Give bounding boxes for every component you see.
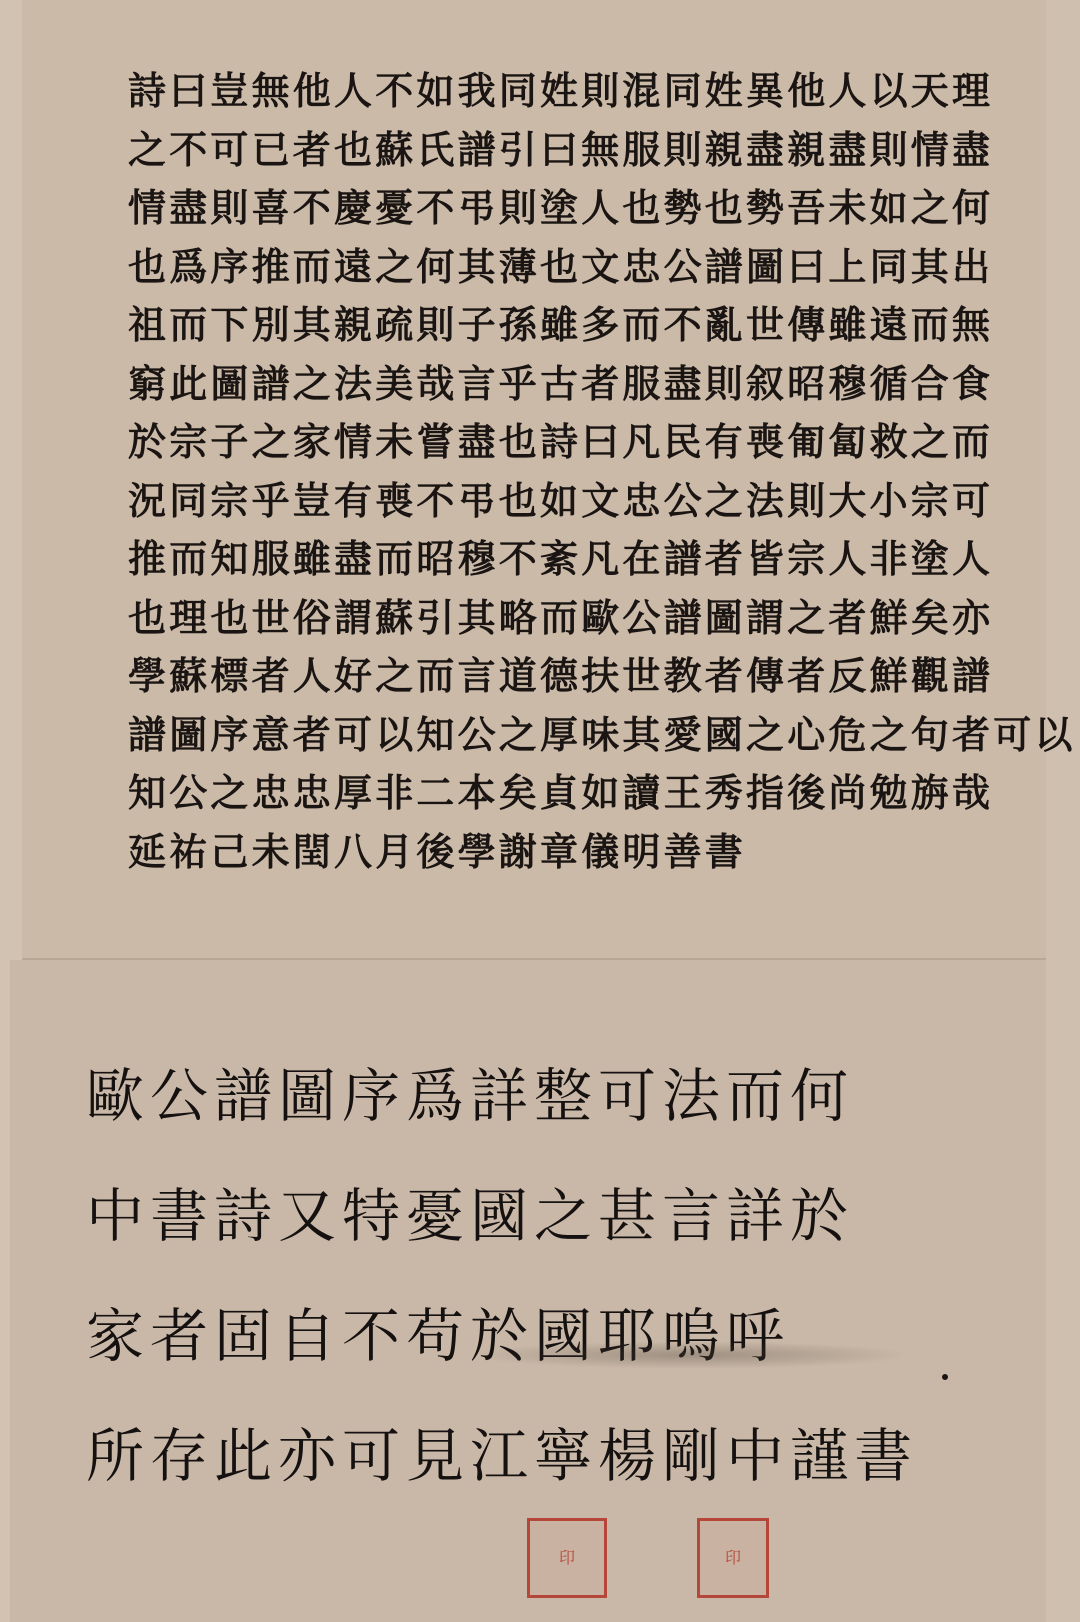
ink-dot: [942, 1374, 948, 1380]
upper-row-2: 之不可已者也蘇氏譜引曰無服則親盡親盡則情盡: [128, 121, 958, 180]
upper-row-5: 祖而下別其親疏則子孫雖多而不亂世傳雖遠而無: [128, 296, 958, 355]
scroll-right-edge: [1045, 0, 1080, 1622]
calligraphy-scroll: 詩曰豈無他人不如我同姓則混同姓異他人以天理 之不可已者也蘇氏譜引曰無服則親盡親盡…: [0, 0, 1080, 1622]
upper-row-11: 學蘇標者人好之而言道德扶世教者傳者反鮮觀譜: [128, 647, 958, 706]
upper-row-4: 也爲序推而遠之何其薄也文忠公譜圖曰上同其出: [128, 238, 958, 297]
lower-row-4-signature: 所存此亦可見江寧楊剛中謹書: [86, 1396, 946, 1516]
lower-row-3: 家者固自不苟於國耶嗚呼: [86, 1276, 946, 1396]
lower-inscription: 歐公譜圖序爲詳整可法而何 中書詩又特憂國之甚言詳於 家者固自不苟於國耶嗚呼 所存…: [86, 1036, 946, 1516]
upper-row-9: 推而知服雖盡而昭穆不紊凡在譜者皆宗人非塗人: [128, 530, 958, 589]
red-seal-stamp-left: 印: [527, 1518, 607, 1598]
upper-row-6: 窮此圖譜之法美哉言乎古者服盡則叙昭穆循合食: [128, 355, 958, 414]
upper-row-8: 況同宗乎豈有喪不弔也如文忠公之法則大小宗可: [128, 472, 958, 531]
lower-row-2: 中書詩又特憂國之甚言詳於: [86, 1156, 946, 1276]
lower-row-1: 歐公譜圖序爲詳整可法而何: [86, 1036, 946, 1156]
upper-row-14-signature: 延祐己未閏八月後學謝章儀明善書: [128, 823, 958, 882]
upper-inscription: 詩曰豈無他人不如我同姓則混同姓異他人以天理 之不可已者也蘇氏譜引曰無服則親盡親盡…: [128, 62, 958, 881]
seal-glyph: 印: [559, 1549, 575, 1567]
red-seal-stamp-right: 印: [697, 1518, 769, 1598]
ink-dot: [96, 1332, 102, 1338]
seal-glyph: 印: [725, 1549, 741, 1567]
upper-row-1: 詩曰豈無他人不如我同姓則混同姓異他人以天理: [128, 62, 958, 121]
upper-row-3: 情盡則喜不慶憂不弔則塗人也勢也勢吾未如之何: [128, 179, 958, 238]
upper-row-12: 譜圖序意者可以知公之厚味其愛國之心危之句者可以: [128, 706, 958, 765]
upper-row-10: 也理也世俗謂蘇引其略而歐公譜圖謂之者鮮矣亦: [128, 589, 958, 648]
upper-row-7: 於宗子之家情未嘗盡也詩曰凡民有喪匍匐救之而: [128, 413, 958, 472]
upper-row-13: 知公之忠忠厚非二本矣貞如讀王秀指後尚勉旃哉: [128, 764, 958, 823]
ink-smudge: [480, 1342, 900, 1368]
